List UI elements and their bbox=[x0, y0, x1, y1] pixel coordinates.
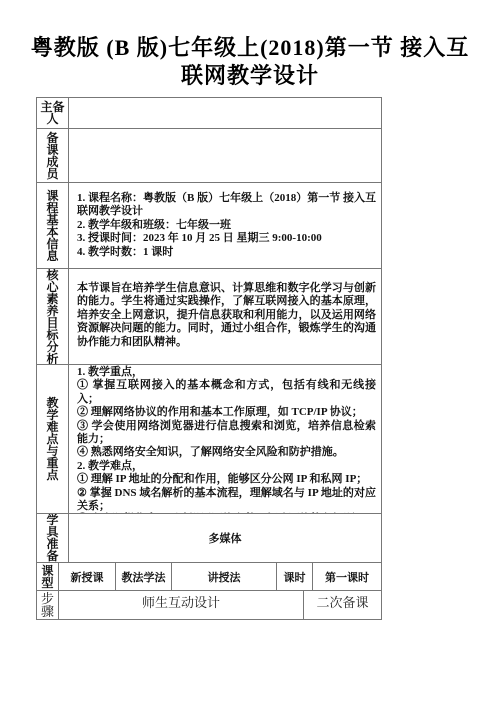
course-type-value: 新授课 bbox=[59, 563, 116, 590]
master-preparer-label: 主备 人 bbox=[37, 98, 69, 128]
interaction-design-header: 师生互动设计 bbox=[59, 591, 304, 619]
key-difficult-points-row: 教 学 难 点 与 重 点 1. 教学重点， ① 掌握互联网接入的基本概念和方式… bbox=[37, 365, 381, 514]
core-literacy-content: 本节课旨在培养学生信息意识、计算思维和数字化学习与创新的能力。学生将通过实践操作… bbox=[69, 269, 381, 364]
key-difficult-points-content: 1. 教学重点， ① 掌握互联网接入的基本概念和方式，包括有线和无线接入； ② … bbox=[69, 365, 381, 513]
teaching-tools-row: 学 具 准 备 多媒体 bbox=[37, 514, 381, 563]
page-title-line2: 联网教学设计 bbox=[0, 62, 500, 90]
secondary-prep-header: 二次备课 bbox=[304, 591, 381, 619]
core-literacy-row: 核 心 素 养 目 标 分 析 本节课旨在培养学生信息意识、计算思维和数字化学习… bbox=[37, 269, 381, 365]
page-title-line1: 粤教版 (B 版)七年级上(2018)第一节 接入互 bbox=[0, 34, 500, 62]
period-value: 第一课时 bbox=[313, 563, 381, 590]
steps-label: 步 骤 bbox=[37, 591, 59, 619]
lesson-plan-table: 主备 人 备 课 成 员 课 程 基 本 信 息 1. 课程名称：粤教版（B 版… bbox=[36, 97, 382, 620]
teaching-method-value: 讲授法 bbox=[172, 563, 277, 590]
period-label: 课时 bbox=[277, 563, 313, 590]
key-difficult-points-label: 教 学 难 点 与 重 点 bbox=[37, 365, 69, 513]
course-info-row: 课 程 基 本 信 息 1. 课程名称：粤教版（B 版）七年级上（2018）第一… bbox=[37, 183, 381, 269]
teaching-tools-content: 多媒体 bbox=[69, 514, 381, 562]
prep-members-row: 备 课 成 员 bbox=[37, 129, 381, 183]
course-info-label: 课 程 基 本 信 息 bbox=[37, 183, 69, 268]
page-title: 粤教版 (B 版)七年级上(2018)第一节 接入互 联网教学设计 bbox=[0, 34, 500, 90]
course-info-content: 1. 课程名称：粤教版（B 版）七年级上（2018）第一节 接入互联网教学设计 … bbox=[69, 183, 381, 268]
course-type-row: 课 型 新授课 教法学法 讲授法 课时 第一课时 bbox=[37, 563, 381, 591]
master-preparer-row: 主备 人 bbox=[37, 98, 381, 129]
prep-members-value bbox=[69, 129, 381, 182]
steps-row: 步 骤 师生互动设计 二次备课 bbox=[37, 591, 381, 619]
core-literacy-label: 核 心 素 养 目 标 分 析 bbox=[37, 269, 69, 364]
prep-members-label: 备 课 成 员 bbox=[37, 129, 69, 182]
master-preparer-value bbox=[69, 98, 381, 128]
teaching-method-label: 教法学法 bbox=[116, 563, 172, 590]
course-type-label: 课 型 bbox=[37, 563, 59, 590]
teaching-tools-label: 学 具 准 备 bbox=[37, 514, 69, 562]
